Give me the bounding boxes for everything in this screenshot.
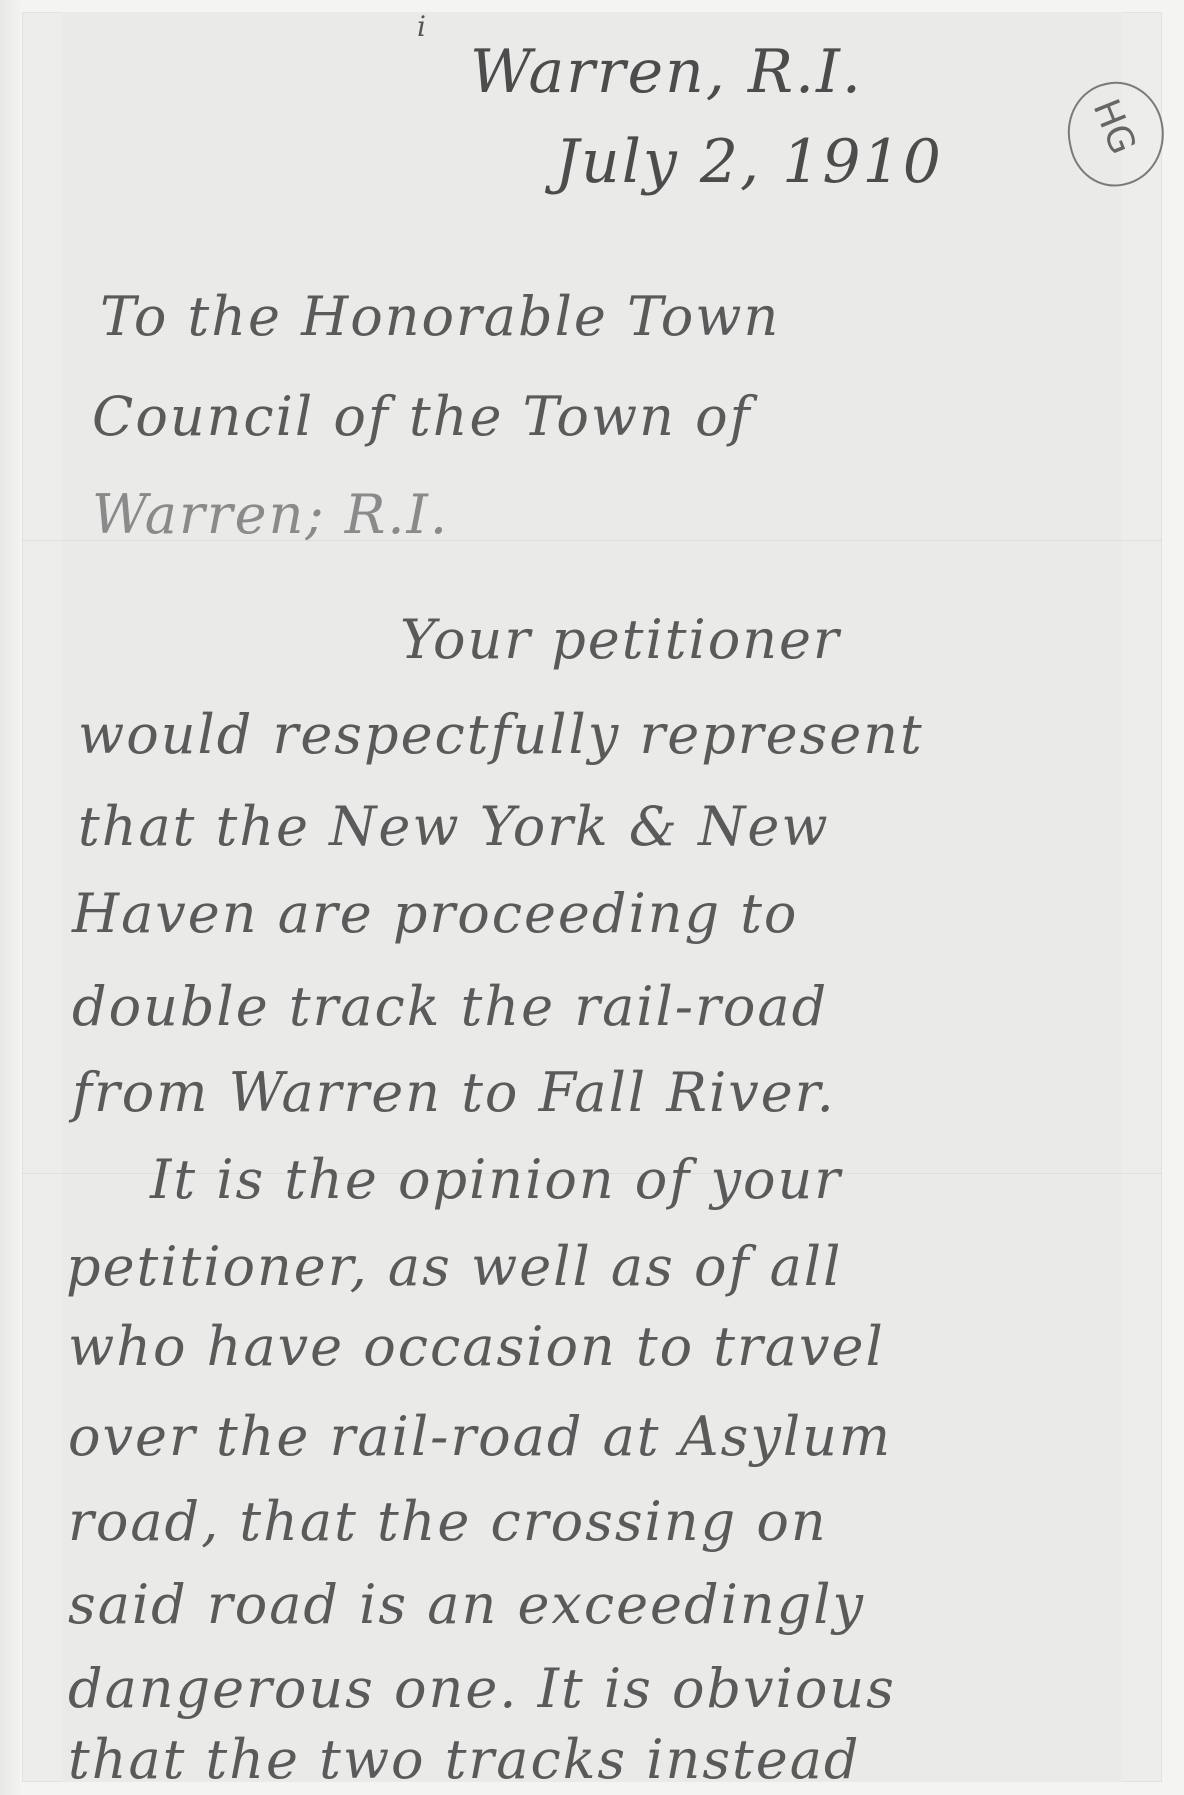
salutation-line: To the Honorable Town	[100, 290, 780, 344]
body-line: said road is an exceedingly	[68, 1578, 865, 1632]
body-line: that the New York & New	[78, 800, 830, 854]
heading-place: Warren, R.I.	[470, 42, 863, 102]
body-line: petitioner, as well as of all	[66, 1240, 842, 1294]
body-line: double track the rail-road	[72, 980, 828, 1034]
body-line: over the rail-road at Asylum	[68, 1410, 892, 1464]
scan-left-margin	[0, 0, 20, 1795]
body-line: from Warren to Fall River.	[72, 1066, 836, 1120]
salutation-line: Warren; R.I.	[92, 488, 449, 542]
heading-date: July 2, 1910	[555, 132, 943, 192]
body-line: It is the opinion of your	[150, 1153, 842, 1207]
body-line: Haven are proceeding to	[72, 887, 798, 941]
body-line: that the two tracks instead	[68, 1733, 860, 1787]
marginal-note-text: HG	[1085, 94, 1144, 160]
page-mark: i	[417, 10, 426, 43]
salutation-line: Council of the Town of	[92, 390, 752, 444]
body-line: Your petitioner	[400, 613, 841, 667]
body-line: who have occasion to travel	[68, 1320, 885, 1374]
body-line: road, that the crossing on	[68, 1495, 828, 1549]
body-line: would respectfully represent	[78, 708, 924, 762]
body-line: dangerous one. It is obvious	[68, 1662, 896, 1716]
